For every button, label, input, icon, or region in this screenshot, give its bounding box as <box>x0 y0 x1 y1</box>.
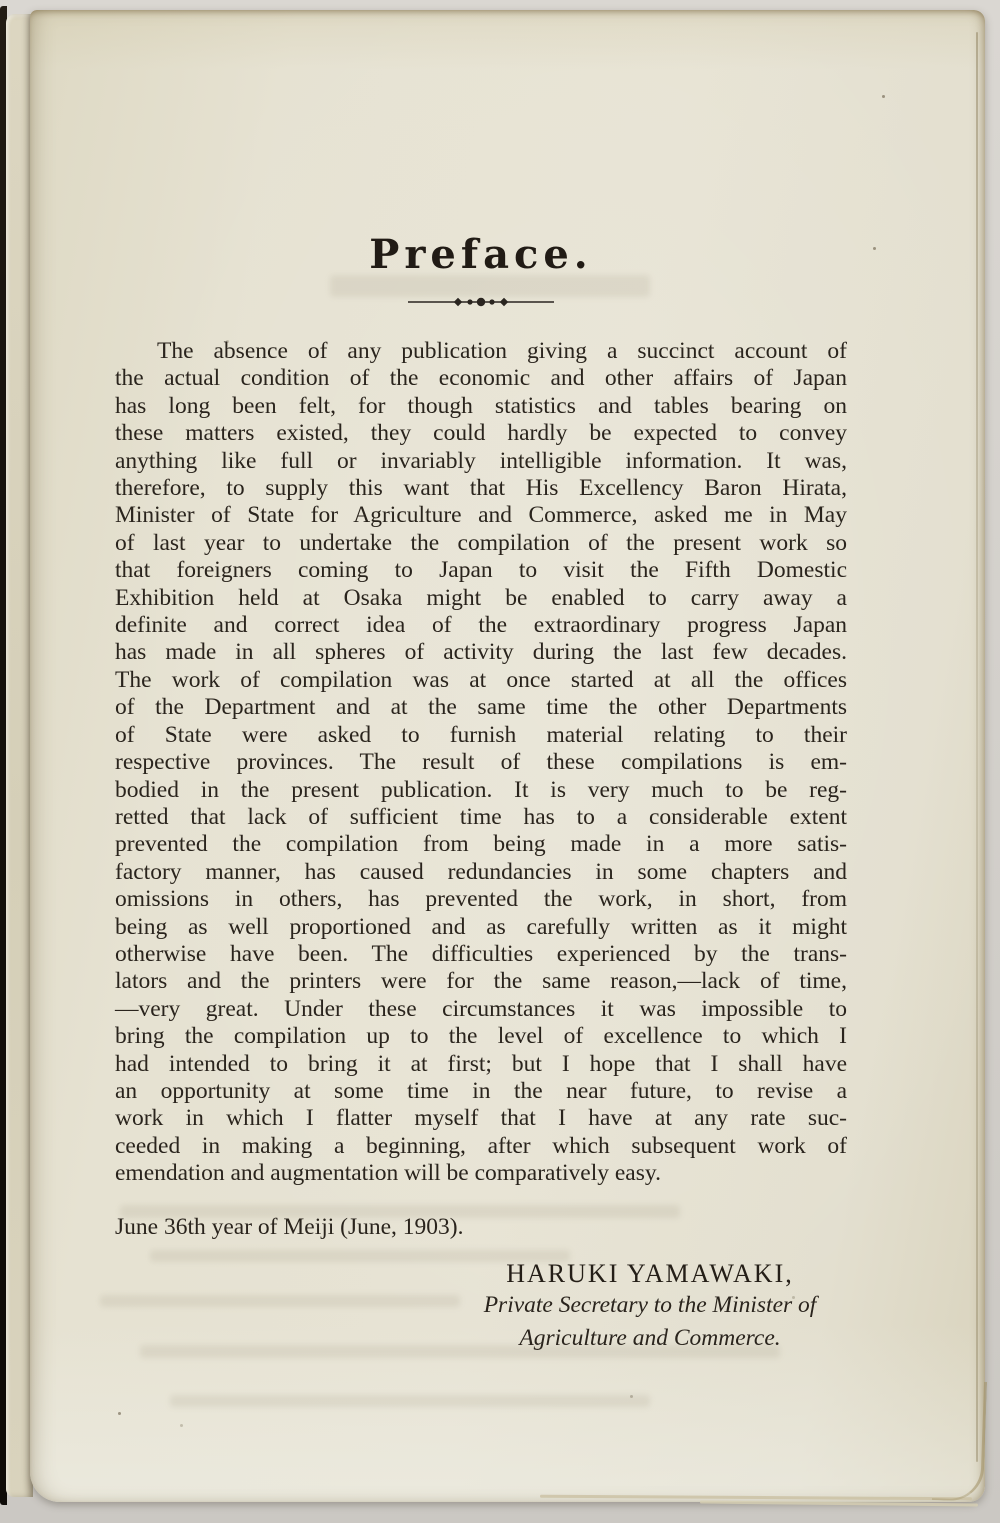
paper-speck <box>180 1424 183 1427</box>
paper-speck <box>118 1412 121 1415</box>
showthrough-smudge <box>170 1395 650 1407</box>
curled-page-corner <box>932 1380 987 1502</box>
paragraph-line: The work of compilation was at once star… <box>115 667 847 694</box>
paragraph-line: Exhibition held at Osaka might be enable… <box>115 585 847 612</box>
paragraph-line: respective provinces. The result of thes… <box>115 749 847 776</box>
signature-role-line-1: Private Secretary to the Minister of <box>470 1289 830 1322</box>
paragraph-line: prevented the compilation from being mad… <box>115 831 847 858</box>
date-line: June 36th year of Meiji (June, 1903). <box>115 1213 847 1241</box>
paragraph-line: of the Department and at the same time t… <box>115 694 847 721</box>
page-title: Preface. <box>115 232 847 278</box>
paragraph-line: definite and correct idea of the extraor… <box>115 612 847 639</box>
paragraph-line: of last year to undertake the compilatio… <box>115 530 847 557</box>
paragraph-line: —very great. Under these circumstances i… <box>115 996 847 1023</box>
paragraph-line: otherwise have been. The difficulties ex… <box>115 941 847 968</box>
preface-paragraph: The absence of any publication giving a … <box>115 338 847 1188</box>
paragraph-line: these matters existed, they could hardly… <box>115 420 847 447</box>
book-photo-scene: Preface. The absence of any publication … <box>0 0 1000 1523</box>
paragraph-line: Minister of State for Agriculture and Co… <box>115 502 847 529</box>
paper-speck <box>882 95 885 98</box>
ornament-divider <box>115 294 847 310</box>
paragraph-line: The absence of any publication giving a … <box>115 338 847 365</box>
paragraph-line: being as well proportioned and as carefu… <box>115 914 847 941</box>
paragraph-line: bodied in the present publication. It is… <box>115 777 847 804</box>
paragraph-line: omissions in others, has prevented the w… <box>115 886 847 913</box>
book-page: Preface. The absence of any publication … <box>30 10 985 1502</box>
paragraph-line: ceeded in making a beginning, after whic… <box>115 1133 847 1160</box>
ornament-divider-icon <box>406 294 556 310</box>
paper-speck <box>630 1395 633 1398</box>
paragraph-line: has long been felt, for though statistic… <box>115 393 847 420</box>
paragraph-line: emendation and augmentation will be comp… <box>115 1160 847 1187</box>
paragraph-line: the actual condition of the economic and… <box>115 365 847 392</box>
paragraph-line: retted that lack of sufficient time has … <box>115 804 847 831</box>
paragraph-line: anything like full or invariably intelli… <box>115 448 847 475</box>
paragraph-line: work in which I flatter myself that I ha… <box>115 1105 847 1132</box>
paragraph-line: of State were asked to furnish material … <box>115 722 847 749</box>
previous-page-edge <box>6 14 33 1497</box>
paragraph-line: bring the compilation up to the level of… <box>115 1023 847 1050</box>
paragraph-line: that foreigners coming to Japan to visit… <box>115 557 847 584</box>
paragraph-line: an opportunity at some time in the near … <box>115 1078 847 1105</box>
signature-block: HARUKI YAMAWAKI, Private Secretary to th… <box>470 1258 830 1355</box>
paragraph-line: factory manner, has caused redundancies … <box>115 859 847 886</box>
paragraph-line: lators and the printers were for the sam… <box>115 968 847 995</box>
paper-speck <box>873 247 876 250</box>
signature-name: HARUKI YAMAWAKI, <box>470 1258 830 1289</box>
paragraph-line: has made in all spheres of activity duri… <box>115 639 847 666</box>
paragraph-line: therefore, to supply this want that His … <box>115 475 847 502</box>
signature-role-line-2: Agriculture and Commerce. <box>470 1322 830 1355</box>
printed-content: Preface. The absence of any publication … <box>115 10 847 1355</box>
paragraph-line: had intended to bring it at first; but I… <box>115 1051 847 1078</box>
